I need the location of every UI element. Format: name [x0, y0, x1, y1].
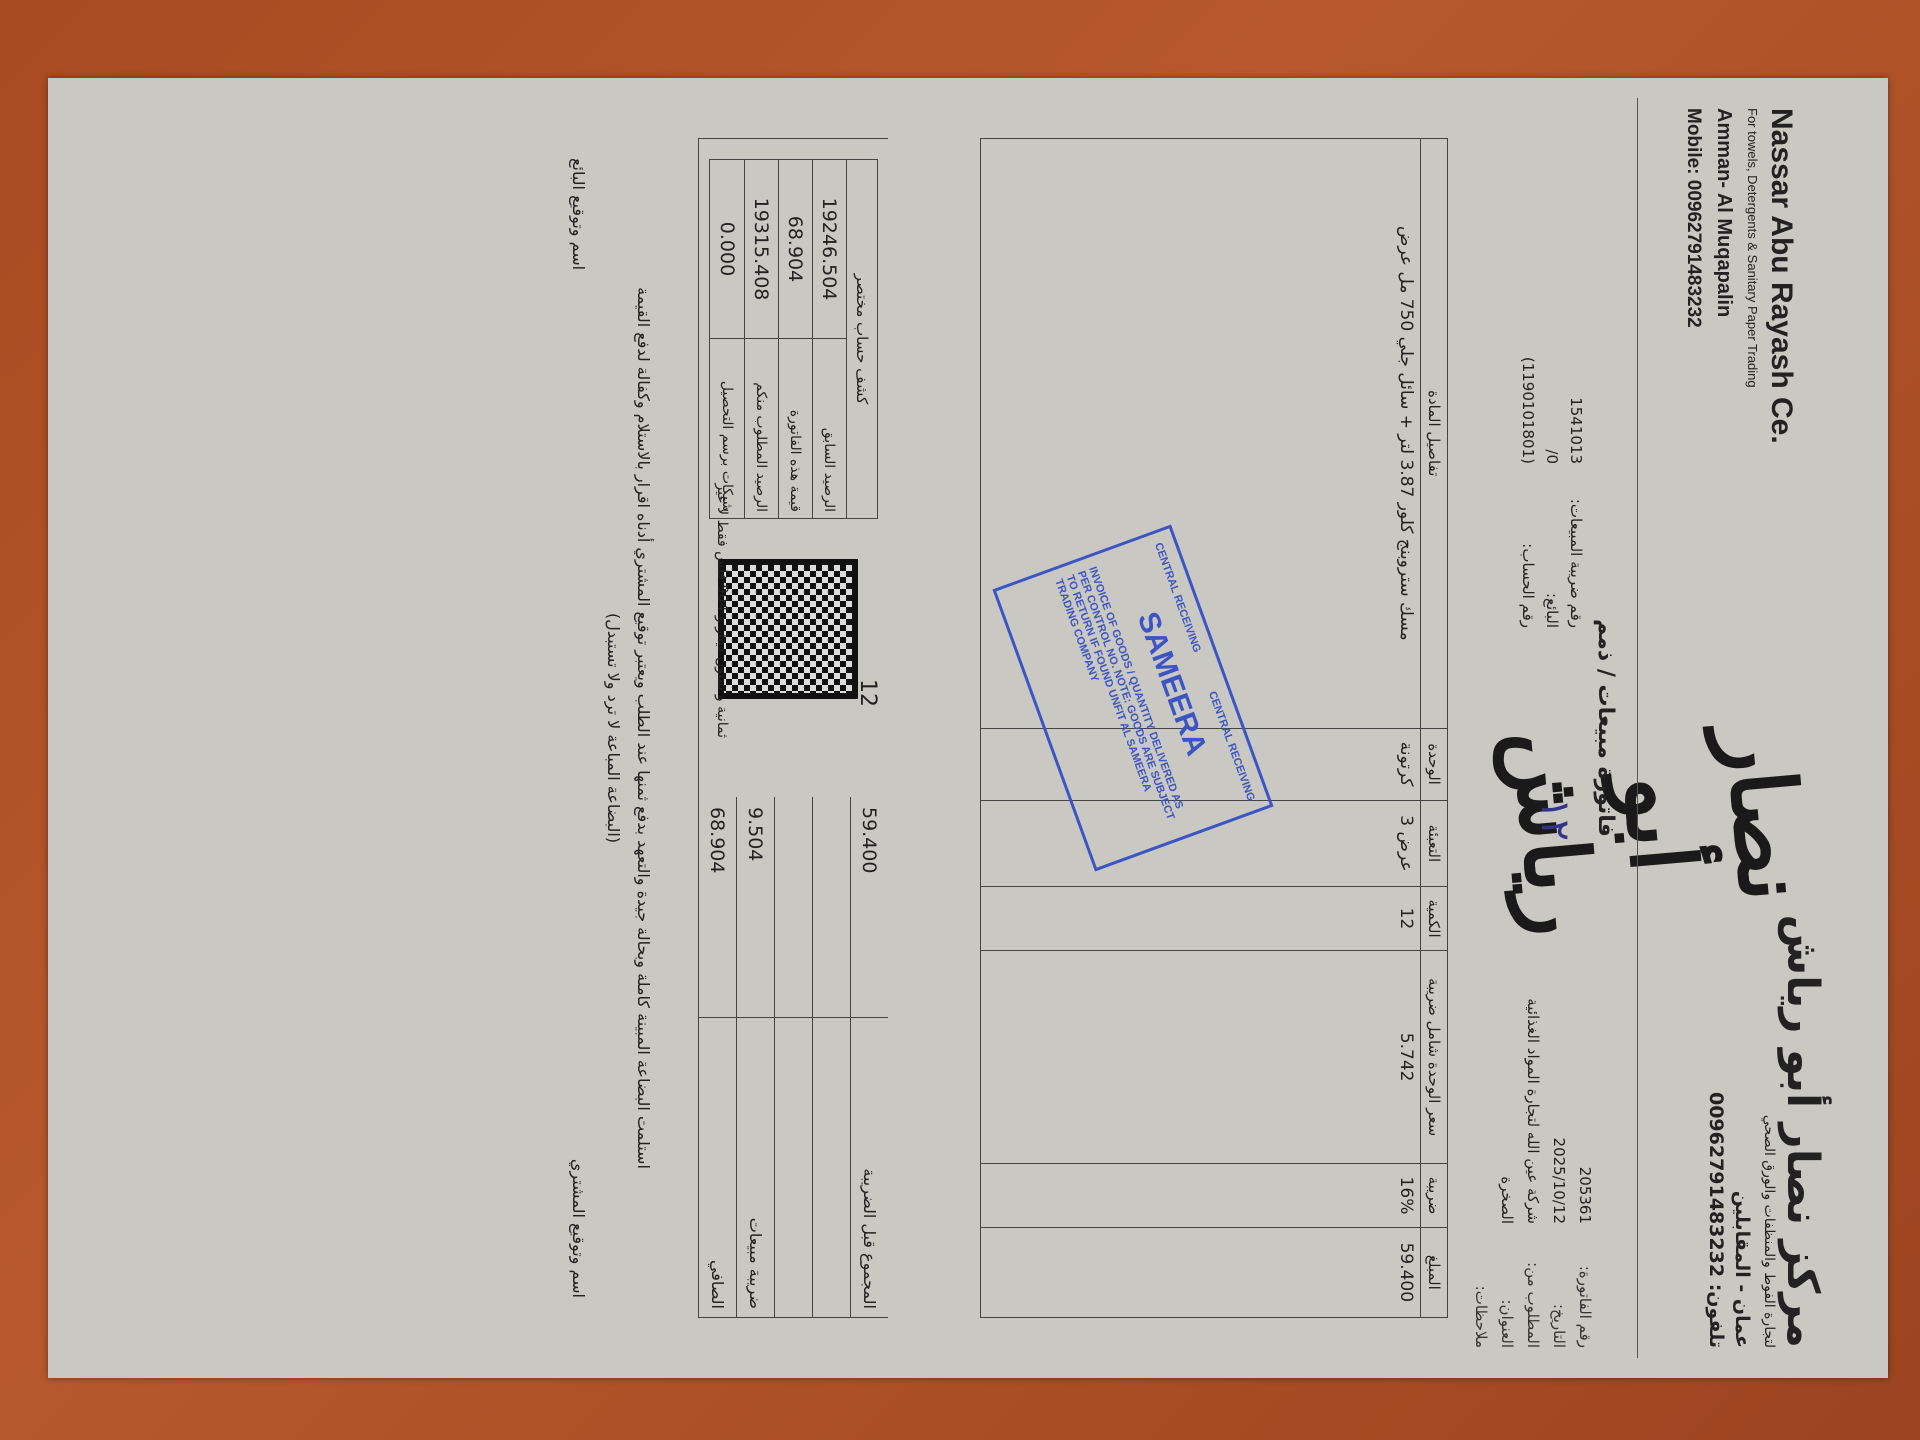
col-unit: الوحدة — [1421, 728, 1448, 800]
invoice-photo: Nassar Abu Rayash Ce. For towels, Deterg… — [8, 78, 1888, 1428]
header-divider — [1637, 98, 1638, 1358]
statement-label: الرصيد السابق — [813, 338, 846, 518]
invoice-no-label: رقم الفاتورة: — [1572, 1238, 1598, 1348]
invoice-date: 2025/10/12 — [1546, 1138, 1572, 1224]
col-description: تفاصيل المادة — [1421, 139, 1448, 729]
account-label: رقم الحساب: — [1516, 478, 1540, 628]
net-in-words: ثمانية و ستون دينار و 904 فلس فقط لا غير — [714, 483, 730, 738]
seller-label: البائع: — [1540, 478, 1564, 628]
item-amount: 59.400 — [981, 1227, 1421, 1317]
company-tagline-en: For towels, Detergents & Sanitary Paper … — [1745, 108, 1760, 628]
company-name-en: Nassar Abu Rayash Ce. — [1764, 108, 1798, 628]
col-qty: الكمية — [1421, 887, 1448, 951]
statement-value: 19246.504 — [819, 160, 841, 338]
customer-label: المطلوب من: — [1520, 1238, 1546, 1348]
sales-tax-label: ضريبة مبيعات — [737, 1017, 774, 1317]
blank-label-2 — [775, 1017, 812, 1317]
item-qty: 12 — [981, 887, 1421, 951]
col-amount: المبلغ — [1421, 1227, 1448, 1317]
col-packing: التعبئة — [1421, 800, 1448, 886]
statement-row: الرصيد المطلوب منكم19315.408 — [744, 160, 778, 518]
statement-row: الرصيد السابق19246.504 — [812, 160, 846, 518]
statement-value: 0.000 — [716, 160, 738, 338]
item-unit-price: 5.742 — [981, 950, 1421, 1163]
date-label: التاريخ: — [1546, 1238, 1572, 1348]
qr-code — [718, 559, 858, 699]
statement-row: شيكات برسم التحصيل0.000 — [710, 160, 744, 518]
address-label: العنوان: — [1494, 1238, 1520, 1348]
statement-label: قيمة هذه الفاتورة — [779, 338, 812, 518]
notes-label: ملاحظات: — [1468, 1238, 1494, 1348]
net-label: الصافي — [699, 1017, 736, 1317]
col-tax: ضريبة — [1421, 1164, 1448, 1227]
company-header-ar: مركز نصار أبو رياش لتجارة الفوط والمنظفا… — [1705, 788, 1828, 1348]
company-address-ar: عمان - المقابلين — [1731, 788, 1753, 1348]
invoice-no: 205361 — [1572, 1167, 1598, 1224]
account-statement: كشف حساب مختصر الرصيد السابق19246.504 قي… — [709, 159, 878, 519]
seller: 0/ — [1540, 449, 1564, 464]
seller-signature-label: اسم وتوقيع البائع — [569, 158, 588, 270]
statement-title: كشف حساب مختصر — [846, 160, 877, 518]
subtotal-value: 59.400 — [859, 797, 881, 1017]
item-tax: 16% — [981, 1164, 1421, 1227]
col-unit-price: سعر الوحدة شامل ضريبة — [1421, 950, 1448, 1163]
invoice-sheet: Nassar Abu Rayash Ce. For towels, Deterg… — [48, 78, 1888, 1378]
sales-tax-value: 9.504 — [745, 797, 767, 1017]
buyer-signature-label: اسم وتوقيع المشتري — [569, 1159, 588, 1298]
items-header-row: المبلغ ضريبة سعر الوحدة شامل ضريبة الكمي… — [1421, 139, 1448, 1318]
statement-value: 19315.408 — [751, 160, 773, 338]
acknowledgement-text: استلمت البضاعة المبينة كاملة وبحالة جيدة… — [628, 118, 658, 1338]
total-qty: 12 — [855, 679, 880, 707]
company-name-ar: مركز نصار أبو رياش — [1777, 788, 1828, 1348]
totals-box: المجموع قبل الضريبة59.400 ضريبة مبيعات9.… — [698, 797, 888, 1317]
net-value: 68.904 — [707, 797, 729, 1017]
no-return-note: (البضاعة المباعة لا ترد ولا تستبدل) — [598, 118, 628, 1338]
tax-no-label: رقم ضريبة المبيعات: — [1564, 478, 1588, 628]
statement-row: قيمة هذه الفاتورة68.904 — [778, 160, 812, 518]
footer: استلمت البضاعة المبينة كاملة وبحالة جيدة… — [598, 118, 658, 1338]
company-header-en: Nassar Abu Rayash Ce. For towels, Deterg… — [1682, 108, 1798, 628]
invoice-meta: رقم الفاتورة:205361 التاريخ:2025/10/12 ا… — [1468, 788, 1598, 1348]
statement-value: 68.904 — [785, 160, 807, 338]
account-no: (1190101801) — [1516, 357, 1540, 464]
company-mobile-en: Mobile: 00962791483232 — [1682, 108, 1704, 628]
company-tagline-ar: لتجارة الفوط والمنظفات والورق الصحي — [1761, 788, 1777, 1348]
customer-address: الصخرة — [1494, 1176, 1520, 1224]
company-phone-ar: تلفون: 00962791483232 — [1705, 788, 1727, 1348]
tax-no: 1541013 — [1564, 397, 1588, 464]
blank-label-1 — [813, 1017, 850, 1317]
statement-label: الرصيد المطلوب منكم — [745, 338, 778, 518]
customer-name: شركة عين الله لتجارة المواد الغذائية — [1520, 998, 1546, 1224]
company-address-en: Amman- Al Muqapalin — [1712, 108, 1735, 628]
subtotal-label: المجموع قبل الضريبة — [851, 1017, 888, 1317]
seller-meta: رقم ضريبة المبيعات:1541013 البائع:0/ رقم… — [1516, 108, 1588, 628]
